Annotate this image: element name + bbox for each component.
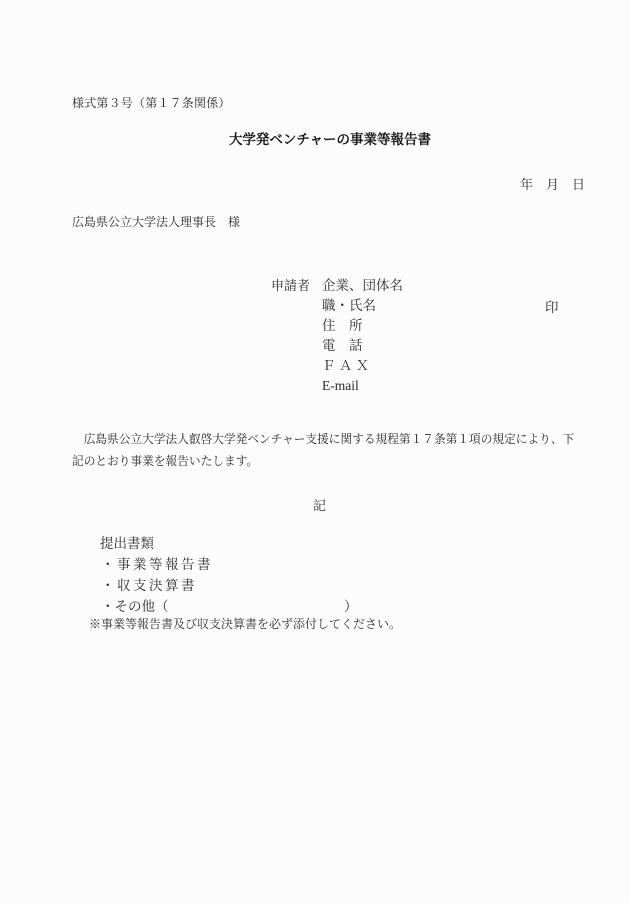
applicant-field-email: E-mail [322, 376, 403, 396]
document-item-other: ・その他（ ） [101, 599, 358, 616]
document-item-financial-statement: ・収支決算書 [101, 578, 197, 595]
documents-heading: 提出書類 [100, 536, 154, 553]
body-paragraph-line2: 記のとおり事業を報告いたします。 [72, 455, 258, 470]
form-number: 様式第３号（第１７条関係） [72, 96, 231, 111]
applicant-field-phone: 電 話 [322, 336, 403, 356]
attachment-note: ※事業等報告書及び収支決算書を必ず添付してください。 [89, 617, 401, 632]
addressee-line: 広島県公立大学法人理事長 様 [72, 215, 240, 230]
report-form-page: 様式第３号（第１７条関係） 大学発ベンチャーの事業等報告書 年 月 日 広島県公… [0, 0, 630, 903]
body-paragraph-line1: 広島県公立大学法人叡啓大学発ベンチャー支援に関する規程第１７条第１項の規定により… [72, 433, 574, 448]
date-line: 年 月 日 [520, 177, 585, 193]
applicant-field-title-name: 職・氏名 [322, 296, 403, 316]
document-title: 大学発ベンチャーの事業等報告書 [30, 132, 630, 149]
applicant-field-address: 住 所 [322, 316, 403, 336]
applicant-label: 申請者 [271, 278, 310, 294]
ki-heading: 記 [313, 498, 326, 514]
seal-mark: 印 [545, 300, 559, 317]
applicant-field-company-name: 企業、団体名 [322, 276, 403, 296]
applicant-field-fax: Ｆ Ａ Ｘ [322, 356, 403, 376]
document-item-business-report: ・事業等報告書 [101, 557, 213, 574]
applicant-fields: 企業、団体名 職・氏名 住 所 電 話 Ｆ Ａ Ｘ E-mail [322, 276, 403, 396]
